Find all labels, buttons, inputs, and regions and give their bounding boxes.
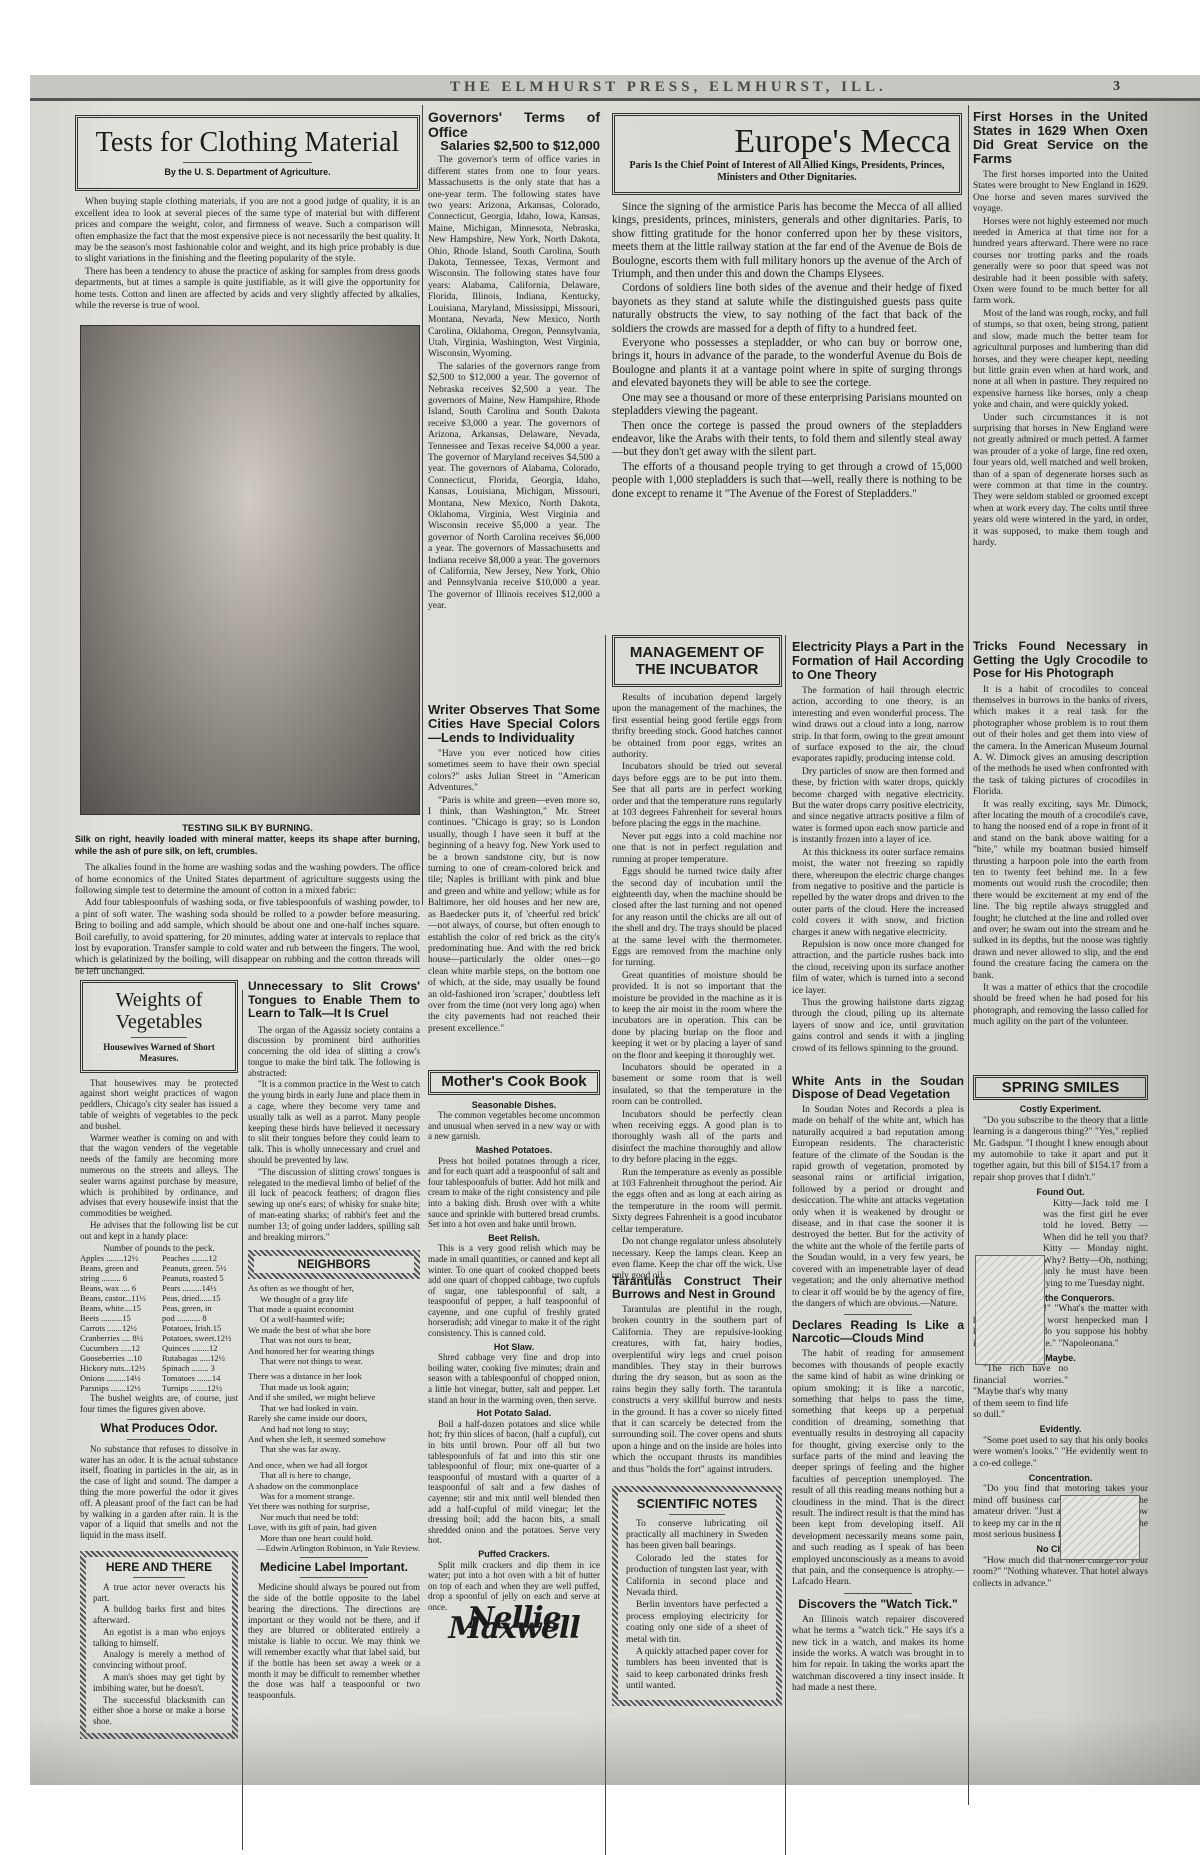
poem-line: Yet there was nothing for surprise, bbox=[248, 1501, 420, 1511]
paragraph: Under such circumstances it is not surpr… bbox=[973, 413, 1148, 550]
article-cookbook: Mother's Cook Book Seasonable Dishes. Th… bbox=[428, 1070, 600, 1635]
paragraph: Run the temperature as evenly as possibl… bbox=[612, 1168, 782, 1236]
paragraph: The first horses imported into the Unite… bbox=[973, 170, 1148, 216]
article-title: White Ants in the Soudan Dispose of Dead… bbox=[792, 1075, 964, 1101]
paragraph: The organ of the Agassiz society contain… bbox=[248, 1025, 420, 1079]
table-cell: Gooseberries ...10 bbox=[80, 1353, 156, 1363]
scientific-notes-box: SCIENTIFIC NOTES To conserve lubricating… bbox=[612, 1486, 782, 1706]
paragraph: "Have you ever noticed how cities someti… bbox=[428, 749, 600, 795]
clothing-continued: TESTING SILK BY BURNING. Silk on right, … bbox=[75, 823, 420, 979]
poem-line: We made the best of what she bore bbox=[248, 1325, 420, 1335]
poem-line: That we had looked in vain. bbox=[248, 1403, 420, 1413]
article-incubator: MANAGEMENT OF THE INCUBATOR Results of i… bbox=[612, 635, 782, 1284]
paragraph: "It is a common practice in the West to … bbox=[248, 1079, 420, 1165]
article-title: Writer Observes That Some Cities Have Sp… bbox=[428, 703, 600, 745]
article-title: Europe's Mecca bbox=[623, 124, 951, 160]
poem-line: That made a quaint economist bbox=[248, 1304, 420, 1314]
table-cell: Peas, dried......15 bbox=[162, 1293, 238, 1303]
poem-line: That all is here to change, bbox=[248, 1470, 420, 1480]
paragraph: Results of incubation depend largely upo… bbox=[612, 693, 782, 761]
paragraph: The salaries of the governors range from… bbox=[428, 362, 600, 613]
signature: Nellie Maxwell bbox=[428, 1614, 600, 1635]
recipe-heading: Hot Potato Salad. bbox=[428, 1408, 600, 1419]
article-horses: First Horses in the United States in 162… bbox=[973, 110, 1148, 550]
cartoon-two-men bbox=[1060, 1495, 1140, 1560]
article-title: Weights of Vegetables bbox=[89, 989, 229, 1033]
article-byline: By the U. S. Department of Agriculture. bbox=[86, 167, 409, 178]
note-item: A quickly attached paper cover for tumbl… bbox=[626, 1647, 768, 1693]
paragraph: It was really exciting, says Mr. Dimock,… bbox=[973, 800, 1148, 983]
weights-left-col: Apples ........12½ Beans, green and stri… bbox=[80, 1253, 156, 1393]
paragraph: There has been a tendency to abuse the p… bbox=[75, 267, 420, 313]
table-cell: Spinach ........ 3 bbox=[162, 1363, 238, 1373]
table-cell: Parsnips .......12½ bbox=[80, 1383, 156, 1393]
article-vegetables: Weights of Vegetables Housewives Warned … bbox=[80, 980, 238, 1739]
poem-line: And if she smiled, we might believe bbox=[248, 1392, 420, 1402]
table-cell: Peanuts, green. 5½ bbox=[162, 1263, 238, 1273]
poem-line: Love, with its gift of pain, had given bbox=[248, 1522, 420, 1532]
paragraph: "The discussion of slitting crows' tongu… bbox=[248, 1167, 420, 1243]
column-rule bbox=[968, 105, 969, 1805]
table-cell: string ......... 6 bbox=[80, 1273, 156, 1283]
paragraph: The habit of reading for amusement becom… bbox=[792, 1349, 964, 1589]
article-clothing: Tests for Clothing Material By the U. S.… bbox=[75, 115, 420, 313]
paragraph: Add four tablespoonfuls of washing soda,… bbox=[75, 898, 420, 978]
table-cell: Peaches ........12 bbox=[162, 1253, 238, 1263]
section-title: SCIENTIFIC NOTES bbox=[626, 1498, 768, 1509]
stanza: As often as we thought of her, We though… bbox=[248, 1283, 420, 1366]
poem-line: And had not long to stay; bbox=[248, 1424, 420, 1434]
poem-line: Nor much that need be told: bbox=[248, 1512, 420, 1522]
article-tarantulas: Tarantulas Construct Their Burrows and N… bbox=[612, 1275, 782, 1706]
paragraph: Everyone who possesses a stepladder, or … bbox=[612, 337, 962, 391]
poem-line: A shadow on the commonplace bbox=[248, 1481, 420, 1491]
article-title: First Horses in the United States in 162… bbox=[973, 110, 1148, 166]
paragraph: Incubators should be tried out several d… bbox=[612, 762, 782, 830]
recipe-heading: Mashed Potatoes. bbox=[428, 1145, 600, 1156]
table-cell: Rutabagas .....12½ bbox=[162, 1353, 238, 1363]
column-rule bbox=[605, 635, 606, 1855]
quip: A bulldog barks first and bites afterwar… bbox=[93, 1604, 225, 1626]
recipe-heading: Seasonable Dishes. bbox=[428, 1100, 600, 1111]
table-cell: Potatoes, sweet.12½ bbox=[162, 1333, 238, 1343]
note-item: Berlin inventors have perfected a proces… bbox=[626, 1600, 768, 1646]
table-cell: Turnips ........12½ bbox=[162, 1383, 238, 1393]
table-cell: Cucumbers .....12 bbox=[80, 1343, 156, 1353]
paragraph: In Soudan Notes and Records a plea is ma… bbox=[792, 1105, 964, 1310]
article-title: Medicine Label Important. bbox=[248, 1562, 420, 1573]
poem-neighbors: As often as we thought of her, We though… bbox=[248, 1283, 420, 1553]
table-cell: Hickory nuts...12½ bbox=[80, 1363, 156, 1373]
joke-text: "Some poet used to say that his only boo… bbox=[973, 1436, 1148, 1470]
article-title: Electricity Plays a Part in the Formatio… bbox=[792, 640, 964, 682]
article-governors: Governors' Terms of Office Salaries $2,5… bbox=[428, 110, 600, 614]
paragraph: An Illinois watch repairer discovered wh… bbox=[792, 1615, 964, 1695]
cookbook-header-box: Mother's Cook Book bbox=[428, 1070, 600, 1095]
poem-attribution: —Edwin Arlington Robinson, in Yale Revie… bbox=[248, 1543, 420, 1553]
photo-caption: Silk on right, heavily loaded with miner… bbox=[75, 834, 420, 857]
paragraph: The alkalies found in the home are washi… bbox=[75, 863, 420, 897]
paragraph: One may see a thousand or more of these … bbox=[612, 392, 962, 419]
paragraph: Incubators should be operated in a basem… bbox=[612, 1063, 782, 1109]
clothing-header-box: Tests for Clothing Material By the U. S.… bbox=[75, 115, 420, 191]
table-cell: pod ........... 8 bbox=[162, 1313, 238, 1323]
joke-heading: Found Out. bbox=[973, 1187, 1148, 1198]
quip: A man's shoes may get tight by imbibing … bbox=[93, 1672, 225, 1694]
spring-smiles-header: SPRING SMILES bbox=[973, 1075, 1148, 1100]
cartoon-two-girls bbox=[975, 1255, 1045, 1365]
paragraph: Repulsion is now once more changed for a… bbox=[792, 940, 964, 997]
joke-text: "Do you subscribe to the theory that a l… bbox=[973, 1116, 1148, 1184]
recipe-heading: Beet Relish. bbox=[428, 1233, 600, 1244]
paragraph: No substance that refuses to dissolve in… bbox=[80, 1444, 238, 1541]
paragraph: Warmer weather is coming on and with tha… bbox=[80, 1133, 238, 1219]
poem-line: That made us look again; bbox=[248, 1382, 420, 1392]
article-title: MANAGEMENT OF THE INCUBATOR bbox=[621, 644, 773, 678]
column-rule bbox=[422, 105, 423, 905]
stanza: And once, when we had all forgot That al… bbox=[248, 1460, 420, 1543]
paragraph: It was a matter of ethics that the croco… bbox=[973, 983, 1148, 1029]
recipe-text: Boil a half-dozen potatoes and slice whi… bbox=[428, 1419, 600, 1546]
poem-line: That was not ours to bear, bbox=[248, 1335, 420, 1345]
table-cell: Peas, green, in bbox=[162, 1303, 238, 1313]
poem-title: NEIGHBORS bbox=[257, 1259, 411, 1270]
article-title: Tarantulas Construct Their Burrows and N… bbox=[612, 1275, 782, 1301]
poem-line: Was for a moment strange. bbox=[248, 1491, 420, 1501]
joke-text: "How much did that hotel charge for your… bbox=[973, 1556, 1148, 1590]
article-hail: Electricity Plays a Part in the Formatio… bbox=[792, 640, 964, 1056]
paragraph: At this thickness its outer surface rema… bbox=[792, 848, 964, 939]
poem-line: And when she left, it seemed somehow bbox=[248, 1434, 420, 1444]
newspaper-page: THE ELMHURST PRESS, ELMHURST, ILL. 3 Tes… bbox=[30, 75, 1200, 1785]
section-title: HERE AND THERE bbox=[93, 1562, 225, 1573]
table-cell: Beans, white....15 bbox=[80, 1303, 156, 1313]
weights-table: Apples ........12½ Beans, green and stri… bbox=[80, 1253, 238, 1393]
page-number: 3 bbox=[1113, 79, 1120, 95]
paragraph: Since the signing of the armistice Paris… bbox=[612, 201, 962, 281]
article-title: What Produces Odor. bbox=[80, 1424, 238, 1435]
table-cell: Beans, green and bbox=[80, 1263, 156, 1273]
scan-shadow bbox=[30, 1715, 1200, 1785]
paragraph: He advises that the following list be cu… bbox=[80, 1220, 238, 1242]
article-subtitle: Paris Is the Chief Point of Interest of … bbox=[623, 160, 951, 184]
article-title: Unnecessary to Slit Crows' Tongues to En… bbox=[248, 980, 420, 1021]
neighbors-header: NEIGHBORS bbox=[248, 1250, 420, 1279]
paragraph: Eggs should be turned twice daily after … bbox=[612, 867, 782, 970]
article-subtitle: Salaries $2,500 to $12,000 bbox=[428, 140, 600, 151]
joke-heading: Costly Experiment. bbox=[973, 1104, 1148, 1115]
vegetables-header-box: Weights of Vegetables Housewives Warned … bbox=[80, 980, 238, 1073]
article-title: Declares Reading Is Like a Narcotic—Clou… bbox=[792, 1319, 964, 1345]
table-cell: Apples ........12½ bbox=[80, 1253, 156, 1263]
table-cell: Beets ..........15 bbox=[80, 1313, 156, 1323]
paragraph: The efforts of a thousand people trying … bbox=[612, 461, 962, 501]
table-cell: Tomatoes .......14 bbox=[162, 1373, 238, 1383]
paragraph: The formation of hail through electric a… bbox=[792, 686, 964, 766]
paragraph: Horses were not highly esteemed nor much… bbox=[973, 217, 1148, 308]
stanza: There was a distance in her look That ma… bbox=[248, 1371, 420, 1454]
article-white-ants: White Ants in the Soudan Dispose of Dead… bbox=[792, 1075, 964, 1696]
paragraph: Then once the cortege is passed the prou… bbox=[612, 420, 962, 460]
recipe-text: Press hot boiled potatoes through a rice… bbox=[428, 1156, 600, 1230]
poem-line: That she was far away. bbox=[248, 1444, 420, 1454]
table-cell: Carrots .......12½ bbox=[80, 1323, 156, 1333]
recipe-text: Shred cabbage very fine and drop into bo… bbox=[428, 1352, 600, 1405]
note-item: To conserve lubricating oil practically … bbox=[626, 1519, 768, 1553]
poem-line: And once, when we had all forgot bbox=[248, 1460, 420, 1470]
photo-caption-title: TESTING SILK BY BURNING. bbox=[75, 823, 420, 834]
paragraph: "Paris is white and green—even more so, … bbox=[428, 796, 600, 1036]
paragraph: Great quantities of moisture should be p… bbox=[612, 971, 782, 1062]
article-title: Discovers the "Watch Tick." bbox=[792, 1598, 964, 1611]
table-cell: Beans, castor...11½ bbox=[80, 1293, 156, 1303]
table-cell: Cranberries .... 8½ bbox=[80, 1333, 156, 1343]
quip: An egotist is a man who enjoys talking t… bbox=[93, 1627, 225, 1649]
article-title: Tests for Clothing Material bbox=[86, 128, 409, 158]
poem-line: And honored her for wearing things bbox=[248, 1346, 420, 1356]
article-europe-body: Europe's Mecca Paris Is the Chief Point … bbox=[612, 113, 962, 502]
poem-line: Of a wolf-haunted wife; bbox=[248, 1314, 420, 1324]
paragraph: When buying staple clothing materials, i… bbox=[75, 197, 420, 265]
recipe-text: The common vegetables become uncommon an… bbox=[428, 1110, 600, 1142]
table-cell: Pears .........14½ bbox=[162, 1283, 238, 1293]
joke-heading: Concentration. bbox=[973, 1473, 1148, 1484]
paragraph: Never put eggs into a cold machine nor o… bbox=[612, 832, 782, 866]
europe-header-box: Europe's Mecca Paris Is the Chief Point … bbox=[612, 113, 962, 195]
quip: Analogy is merely a method of convincing… bbox=[93, 1649, 225, 1671]
article-title: Tricks Found Necessary in Getting the Ug… bbox=[973, 640, 1148, 681]
paragraph: It is a habit of crocodiles to conceal t… bbox=[973, 685, 1148, 799]
table-cell: Potatoes, Irish.15 bbox=[162, 1323, 238, 1333]
poem-line: We thought of a gray life bbox=[248, 1294, 420, 1304]
table-heading: Number of pounds to the peck. bbox=[80, 1243, 238, 1254]
paragraph: The governor's term of office varies in … bbox=[428, 155, 600, 360]
recipe-heading: Hot Slaw. bbox=[428, 1342, 600, 1353]
poem-line: There was a distance in her look bbox=[248, 1371, 420, 1381]
masthead-title: THE ELMHURST PRESS, ELMHURST, ILL. bbox=[450, 79, 887, 96]
article-crocodile: Tricks Found Necessary in Getting the Ug… bbox=[973, 640, 1148, 1030]
poem-line: As often as we thought of her, bbox=[248, 1283, 420, 1293]
paragraph: Cordons of soldiers line both sides of t… bbox=[612, 282, 962, 336]
here-and-there-box: HERE AND THERE A true actor never overac… bbox=[80, 1551, 238, 1739]
recipe-heading: Puffed Crackers. bbox=[428, 1549, 600, 1560]
table-cell: Onions .........14½ bbox=[80, 1373, 156, 1383]
table-cell: Peanuts, roasted 5 bbox=[162, 1273, 238, 1283]
table-cell: Beans, wax .... 6 bbox=[80, 1283, 156, 1293]
poem-line: More than one heart could hold. bbox=[248, 1533, 420, 1543]
joke-text: "The rich have no financial worries." "M… bbox=[973, 1364, 1148, 1421]
column-rule bbox=[785, 635, 786, 1855]
poem-line: Rarely she came inside our doors, bbox=[248, 1413, 420, 1423]
table-cell: Quinces ........12 bbox=[162, 1343, 238, 1353]
paragraph: Tarantulas are plentiful in the rough, b… bbox=[612, 1305, 782, 1476]
paragraph: That housewives may be protected against… bbox=[80, 1078, 238, 1132]
paragraph: The bushel weights are, of course, just … bbox=[80, 1393, 238, 1415]
quip: A true actor never overacts his part. bbox=[93, 1582, 225, 1604]
article-subtitle: Housewives Warned of Short Measures. bbox=[89, 1042, 229, 1064]
note-item: Colorado led the states for production o… bbox=[626, 1554, 768, 1600]
paragraph: Incubators should be perfectly clean whe… bbox=[612, 1110, 782, 1167]
poem-line: That were not things to wear. bbox=[248, 1356, 420, 1366]
paragraph: Medicine should always be poured out fro… bbox=[248, 1582, 420, 1701]
photo-woman-testing-silk bbox=[80, 325, 420, 815]
article-title: Governors' Terms of Office bbox=[428, 110, 600, 140]
weights-right-col: Peaches ........12 Peanuts, green. 5½ Pe… bbox=[162, 1253, 238, 1393]
paragraph: Thus the growing hailstone darts zigzag … bbox=[792, 998, 964, 1055]
article-crows: Unnecessary to Slit Crows' Tongues to En… bbox=[248, 980, 420, 1702]
article-city-colors: Writer Observes That Some Cities Have Sp… bbox=[428, 703, 600, 1036]
paragraph: Dry particles of snow are then formed an… bbox=[792, 767, 964, 847]
joke-heading: Evidently. bbox=[973, 1424, 1148, 1435]
incubator-header-box: MANAGEMENT OF THE INCUBATOR bbox=[612, 635, 782, 687]
masthead-band: THE ELMHURST PRESS, ELMHURST, ILL. 3 bbox=[30, 75, 1200, 101]
recipe-text: This is a very good relish which may be … bbox=[428, 1243, 600, 1338]
article-title: Mother's Cook Book bbox=[435, 1077, 593, 1088]
section-title: SPRING SMILES bbox=[980, 1082, 1141, 1093]
paragraph: Most of the land was rough, rocky, and f… bbox=[973, 309, 1148, 412]
